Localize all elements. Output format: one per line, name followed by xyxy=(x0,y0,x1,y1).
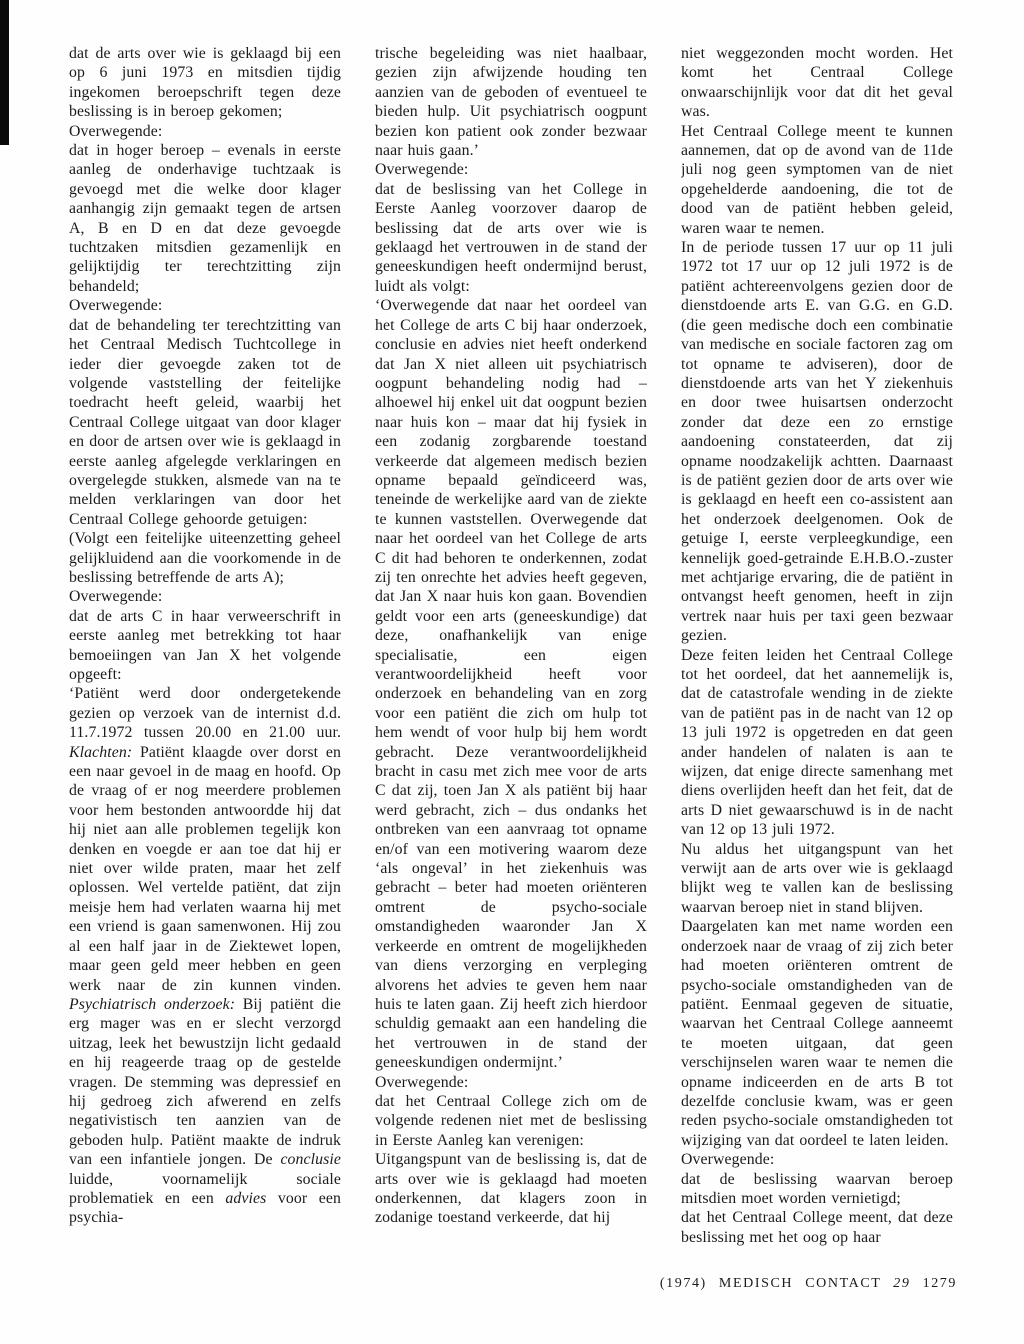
text-segment: dat het Centraal College zich om de volg… xyxy=(375,1093,647,1149)
footer-citation: (1974) MEDISCH CONTACT xyxy=(660,1276,881,1291)
paragraph: Overwegende: xyxy=(375,160,647,179)
paragraph: Daargelaten kan met name worden een onde… xyxy=(681,917,953,1150)
paragraph: dat de beslissing waarvan beroep mitsdie… xyxy=(681,1170,953,1209)
paragraph: (Volgt een feitelijke uiteenzetting gehe… xyxy=(69,529,341,587)
text-segment: conclusie xyxy=(280,1151,341,1168)
text-segment: Overwegende: xyxy=(69,123,162,140)
paragraph: ‘Patiënt werd door ondergetekende gezien… xyxy=(69,684,341,1227)
paragraph: Overwegende: xyxy=(69,587,341,606)
text-segment: dat de arts C in haar verweerschrift in … xyxy=(69,608,341,683)
paragraph: Overwegende: xyxy=(69,296,341,315)
text-segment: trische begeleiding was niet haalbaar, g… xyxy=(375,45,647,159)
paragraph: Deze feiten leiden het Centraal College … xyxy=(681,646,953,840)
text-segment: Bij patiënt die erg mager was en er slec… xyxy=(69,996,341,1168)
text-segment: dat in hoger beroep – evenals in eerste … xyxy=(69,142,341,295)
paragraph: Nu aldus het uitgangspunt van het verwij… xyxy=(681,840,953,918)
text-column-2: trische begeleiding was niet haalbaar, g… xyxy=(375,44,647,1259)
paragraph: Het Centraal College meent te kunnen aan… xyxy=(681,122,953,238)
text-segment: (Volgt een feitelijke uiteenzetting gehe… xyxy=(69,530,341,586)
text-column-1: dat de arts over wie is geklaagd bij een… xyxy=(69,44,341,1259)
text-segment: dat de beslissing waarvan beroep mitsdie… xyxy=(681,1171,953,1207)
paragraph: trische begeleiding was niet haalbaar, g… xyxy=(375,44,647,160)
paragraph: Uitgangspunt van de beslissing is, dat d… xyxy=(375,1150,647,1228)
paragraph: dat de arts C in haar verweerschrift in … xyxy=(69,607,341,685)
text-column-3: niet weggezonden mocht worden. Het komt … xyxy=(681,44,953,1259)
footer-volume-number: 29 xyxy=(893,1276,910,1291)
paragraph: dat de arts over wie is geklaagd bij een… xyxy=(69,44,341,122)
paragraph: ‘Overwegende dat naar het oordeel van he… xyxy=(375,296,647,1072)
paragraph: niet weggezonden mocht worden. Het komt … xyxy=(681,44,953,122)
text-segment: niet weggezonden mocht worden. Het komt … xyxy=(681,45,953,120)
text-segment: ‘Overwegende dat naar het oordeel van he… xyxy=(375,297,647,1071)
paragraph: dat het Centraal College zich om de volg… xyxy=(375,1092,647,1150)
journal-footer: (1974) MEDISCH CONTACT 29 1279 xyxy=(620,1276,957,1292)
text-segment: Daargelaten kan met name worden een onde… xyxy=(681,918,953,1148)
paragraph: dat het Centraal College meent, dat deze… xyxy=(681,1208,953,1247)
paragraph: In de periode tussen 17 uur op 11 juli 1… xyxy=(681,238,953,646)
text-segment: dat de beslissing van het College in Eer… xyxy=(375,181,647,295)
paragraph: Overwegende: xyxy=(681,1150,953,1169)
text-segment: Deze feiten leiden het Centraal College … xyxy=(681,647,953,839)
text-columns: dat de arts over wie is geklaagd bij een… xyxy=(69,44,957,1259)
text-segment: Overwegende: xyxy=(69,297,162,314)
text-segment: advies xyxy=(225,1190,266,1207)
text-segment: In de periode tussen 17 uur op 11 juli 1… xyxy=(681,239,953,644)
paragraph: Overwegende: xyxy=(69,122,341,141)
text-segment: dat het Centraal College meent, dat deze… xyxy=(681,1209,953,1245)
text-segment: Overwegende: xyxy=(375,161,468,178)
text-segment: Patiënt klaagde over dorst en een naar g… xyxy=(69,744,341,994)
text-segment: ‘Patiënt werd door ondergetekende gezien… xyxy=(69,685,341,741)
text-segment: dat de arts over wie is geklaagd bij een… xyxy=(69,45,341,120)
paragraph: dat de beslissing van het College in Eer… xyxy=(375,180,647,296)
text-segment: Overwegende: xyxy=(69,588,162,605)
paragraph: dat in hoger beroep – evenals in eerste … xyxy=(69,141,341,296)
footer-page-number: 1279 xyxy=(923,1276,957,1291)
journal-page: dat de arts over wie is geklaagd bij een… xyxy=(69,44,957,1259)
text-segment: Het Centraal College meent te kunnen aan… xyxy=(681,123,953,237)
paragraph: Overwegende: xyxy=(375,1073,647,1092)
text-segment: dat de behandeling ter terechtzitting va… xyxy=(69,317,341,528)
text-segment: Klachten: xyxy=(69,744,132,761)
text-segment: Overwegende: xyxy=(375,1074,468,1091)
scan-edge-artifact xyxy=(0,0,9,145)
text-segment: Overwegende: xyxy=(681,1151,774,1168)
paragraph: dat de behandeling ter terechtzitting va… xyxy=(69,316,341,529)
text-segment: Psychiatrisch onderzoek: xyxy=(69,996,235,1013)
text-segment: Uitgangspunt van de beslissing is, dat d… xyxy=(375,1151,647,1226)
text-segment: Nu aldus het uitgangspunt van het verwij… xyxy=(681,841,953,916)
